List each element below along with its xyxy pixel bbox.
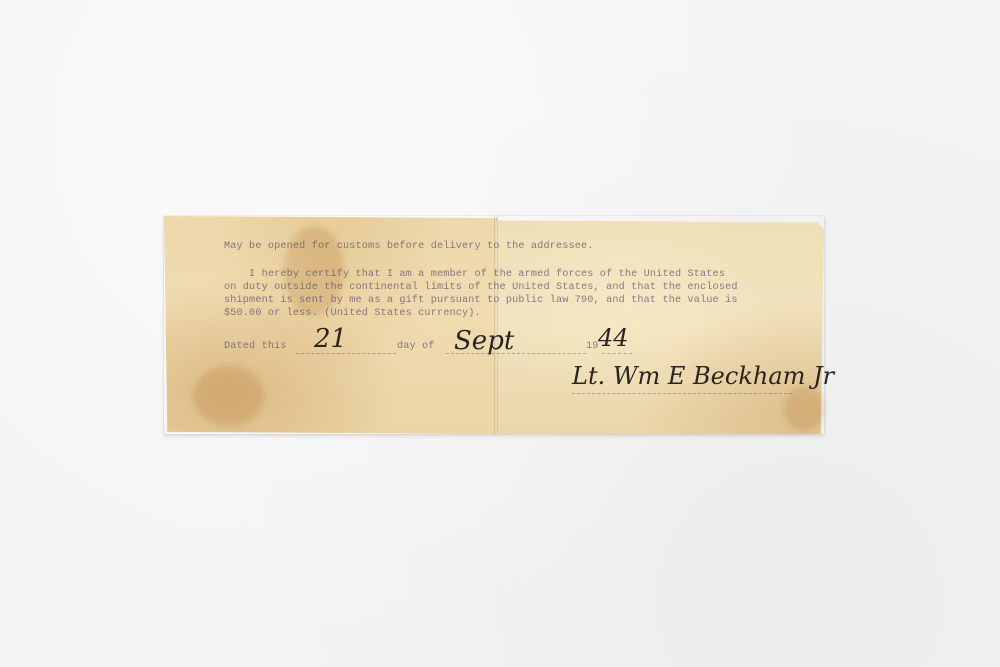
water-stain bbox=[194, 366, 264, 426]
certification-line-2: on duty outside the continental limits o… bbox=[224, 281, 738, 294]
handwritten-month: Sept bbox=[454, 326, 514, 356]
year-underline bbox=[602, 353, 632, 354]
handwritten-signature: Lt. Wm E Beckham Jr bbox=[572, 362, 834, 390]
dated-this-label: Dated this bbox=[224, 340, 287, 353]
aged-document: May be opened for customs before deliver… bbox=[164, 216, 824, 434]
year-prefix: 19 bbox=[586, 340, 599, 353]
certification-line-4: $50.00 or less. (United States currency)… bbox=[224, 307, 481, 320]
certification-line-1: I hereby certify that I am a member of t… bbox=[224, 268, 725, 281]
handwritten-year: 44 bbox=[598, 324, 629, 352]
day-of-label: day of bbox=[397, 340, 435, 353]
handwritten-day: 21 bbox=[314, 324, 347, 354]
customs-notice-line: May be opened for customs before deliver… bbox=[224, 240, 594, 253]
signature-line bbox=[572, 393, 792, 394]
certification-line-3: shipment is sent by me as a gift pursuan… bbox=[224, 294, 738, 307]
